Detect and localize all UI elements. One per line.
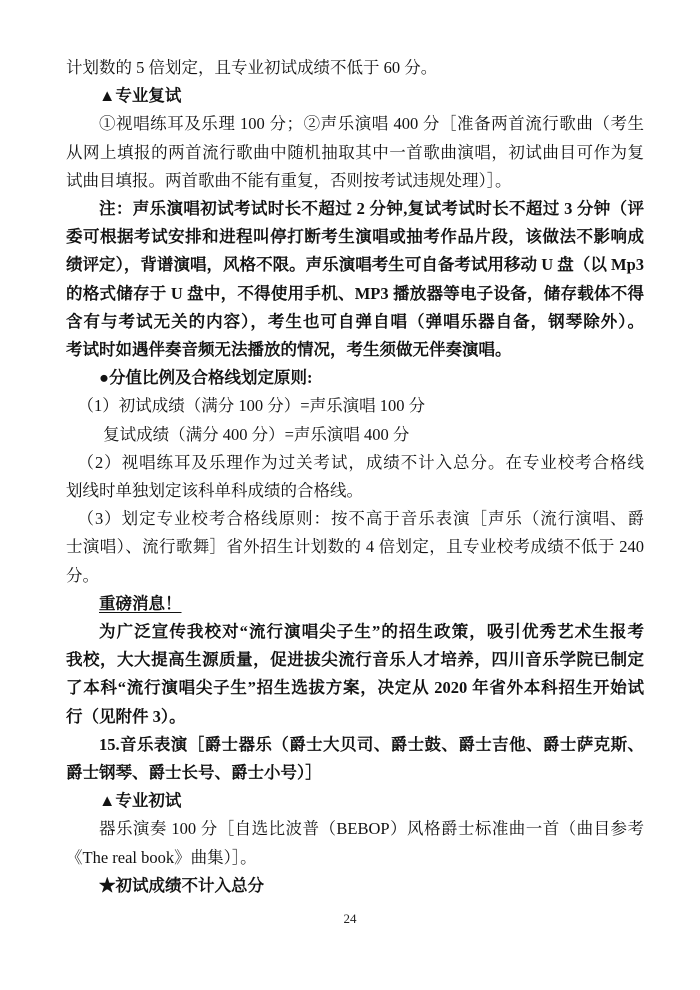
text-line: 复试成绩（满分 400 分）=声乐演唱 400 分	[66, 421, 644, 449]
text-line: （2）视唱练耳及乐理作为过关考试，成绩不计入总分。在专业校考合格线	[66, 449, 644, 477]
text-line: 划线时单独划定该科单科成绩的合格线。	[66, 477, 644, 505]
heading-big-news: 重磅消息！	[66, 590, 644, 618]
note-star-line: ★初试成绩不计入总分	[66, 872, 644, 900]
text-line: 我校，大大提高生源质量，促进拔尖流行音乐人才培养，四川音乐学院已制定	[66, 646, 644, 674]
text-line: 爵士钢琴、爵士长号、爵士小号）］	[66, 759, 644, 787]
page-number: 24	[0, 911, 700, 927]
section-heading-score-rules: ●分值比例及合格线划定原则:	[66, 364, 644, 392]
text-line: 了本科“流行演唱尖子生”招生选拔方案，决定从 2020 年省外本科招生开始试	[66, 674, 644, 702]
note-line: 绩评定），背谱演唱，风格不限。声乐演唱考生可自备考试用移动 U 盘（以 Mp3	[66, 251, 644, 279]
note-line: 含有与考试无关的内容），考生也可自弹自唱（弹唱乐器自备，钢琴除外）。	[66, 308, 644, 336]
text-line: （3）划定专业校考合格线原则：按不高于音乐表演［声乐（流行演唱、爵	[66, 505, 644, 533]
text-line: ①视唱练耳及乐理 100 分；②声乐演唱 400 分［准备两首流行歌曲（考生	[66, 110, 644, 138]
text-line: 从网上填报的两首流行歌曲中随机抽取其中一首歌曲演唱，初试曲目可作为复	[66, 139, 644, 167]
text-line: 器乐演奏 100 分［自选比波普（BEBOP）风格爵士标准曲一首（曲目参考	[66, 815, 644, 843]
text-line: 计划数的 5 倍划定，且专业初试成绩不低于 60 分。	[66, 54, 644, 82]
text-line: （1）初试成绩（满分 100 分）=声乐演唱 100 分	[66, 392, 644, 420]
document-body: 计划数的 5 倍划定，且专业初试成绩不低于 60 分。 ▲专业复试 ①视唱练耳及…	[66, 54, 644, 900]
note-line: 的格式储存于 U 盘中，不得使用手机、MP3 播放器等电子设备，储存载体不得	[66, 280, 644, 308]
text-line: 士演唱）、流行歌舞］省外招生计划数的 4 倍划定，且专业校考成绩不低于 240	[66, 533, 644, 561]
section-heading-item-15: 15.音乐表演［爵士器乐（爵士大贝司、爵士鼓、爵士吉他、爵士萨克斯、	[66, 731, 644, 759]
note-line: 考试时如遇伴奏音频无法播放的情况，考生须做无伴奏演唱。	[66, 336, 644, 364]
section-heading-first-test: ▲专业初试	[66, 787, 644, 815]
text-line: 试曲目填报。两首歌曲不能有重复，否则按考试违规处理）］。	[66, 167, 644, 195]
text-line: 分。	[66, 562, 644, 590]
note-line: 注：声乐演唱初试考试时长不超过 2 分钟,复试考试时长不超过 3 分钟（评	[66, 195, 644, 223]
note-line: 委可根据考试安排和进程叫停打断考生演唱或抽考作品片段，该做法不影响成	[66, 223, 644, 251]
section-heading-retest: ▲专业复试	[66, 82, 644, 110]
document-page: 计划数的 5 倍划定，且专业初试成绩不低于 60 分。 ▲专业复试 ①视唱练耳及…	[0, 0, 700, 990]
text-line: 为广泛宣传我校对“流行演唱尖子生”的招生政策，吸引优秀艺术生报考	[66, 618, 644, 646]
text-line: 《The real book》曲集）］。	[66, 844, 644, 872]
text-line: 行（见附件 3）。	[66, 703, 644, 731]
